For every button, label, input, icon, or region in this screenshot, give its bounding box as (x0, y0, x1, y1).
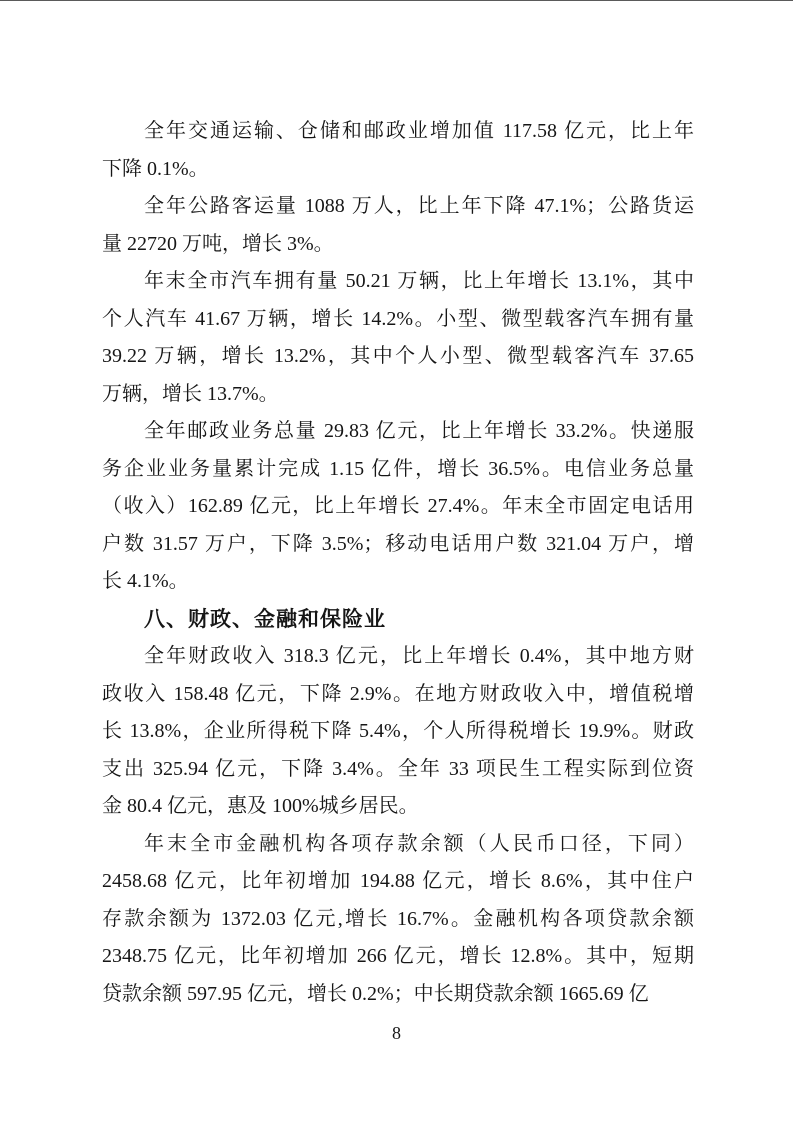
text-line: 长 4.1%。 (102, 563, 694, 601)
text-line: 存款余额为 1372.03 亿元,增长 16.7%。金融机构各项贷款余额 (102, 901, 694, 939)
paragraph: 全年交通运输、仓储和邮政业增加值 117.58 亿元，比上年下降 0.1%。 (102, 113, 694, 188)
text-line: 下降 0.1%。 (102, 151, 694, 189)
text-line: 万辆，增长 13.7%。 (102, 376, 694, 414)
text-line: 全年交通运输、仓储和邮政业增加值 117.58 亿元，比上年 (102, 113, 694, 151)
text-line: （收入）162.89 亿元，比上年增长 27.4%。年末全市固定电话用 (102, 488, 694, 526)
paragraph: 年末全市汽车拥有量 50.21 万辆，比上年增长 13.1%，其中个人汽车 41… (102, 263, 694, 413)
document-body: 全年交通运输、仓储和邮政业增加值 117.58 亿元，比上年下降 0.1%。全年… (102, 113, 694, 1013)
page-number: 8 (0, 1023, 793, 1044)
text-line: 长 13.8%，企业所得税下降 5.4%，个人所得税增长 19.9%。财政 (102, 713, 694, 751)
section-heading: 八、财政、金融和保险业 (102, 601, 694, 639)
text-line: 户数 31.57 万户，下降 3.5%；移动电话用户数 321.04 万户，增 (102, 526, 694, 564)
text-line: 全年财政收入 318.3 亿元，比上年增长 0.4%，其中地方财 (102, 638, 694, 676)
text-line: 全年邮政业务总量 29.83 亿元，比上年增长 33.2%。快递服 (102, 413, 694, 451)
heading-line: 八、财政、金融和保险业 (102, 601, 694, 639)
text-line: 年末全市汽车拥有量 50.21 万辆，比上年增长 13.1%，其中 (102, 263, 694, 301)
text-line: 2348.75 亿元，比年初增加 266 亿元，增长 12.8%。其中，短期 (102, 938, 694, 976)
paragraph: 全年财政收入 318.3 亿元，比上年增长 0.4%，其中地方财政收入 158.… (102, 638, 694, 826)
text-line: 39.22 万辆，增长 13.2%，其中个人小型、微型载客汽车 37.65 (102, 338, 694, 376)
text-line: 支出 325.94 亿元，下降 3.4%。全年 33 项民生工程实际到位资 (102, 751, 694, 789)
text-line: 务企业业务量累计完成 1.15 亿件，增长 36.5%。电信业务总量 (102, 451, 694, 489)
paragraph: 全年公路客运量 1088 万人，比上年下降 47.1%；公路货运量 22720 … (102, 188, 694, 263)
text-line: 2458.68 亿元，比年初增加 194.88 亿元，增长 8.6%，其中住户 (102, 863, 694, 901)
text-line: 个人汽车 41.67 万辆，增长 14.2%。小型、微型载客汽车拥有量 (102, 301, 694, 339)
document-page: 全年交通运输、仓储和邮政业增加值 117.58 亿元，比上年下降 0.1%。全年… (0, 0, 793, 1122)
paragraph: 全年邮政业务总量 29.83 亿元，比上年增长 33.2%。快递服务企业业务量累… (102, 413, 694, 601)
text-line: 年末全市金融机构各项存款余额（人民币口径，下同） (102, 826, 694, 864)
text-line: 全年公路客运量 1088 万人，比上年下降 47.1%；公路货运 (102, 188, 694, 226)
text-line: 金 80.4 亿元，惠及 100%城乡居民。 (102, 788, 694, 826)
text-line: 政收入 158.48 亿元，下降 2.9%。在地方财政收入中，增值税增 (102, 676, 694, 714)
paragraph: 年末全市金融机构各项存款余额（人民币口径，下同）2458.68 亿元，比年初增加… (102, 826, 694, 1014)
text-line: 量 22720 万吨，增长 3%。 (102, 226, 694, 264)
text-line: 贷款余额 597.95 亿元，增长 0.2%；中长期贷款余额 1665.69 亿 (102, 976, 694, 1014)
